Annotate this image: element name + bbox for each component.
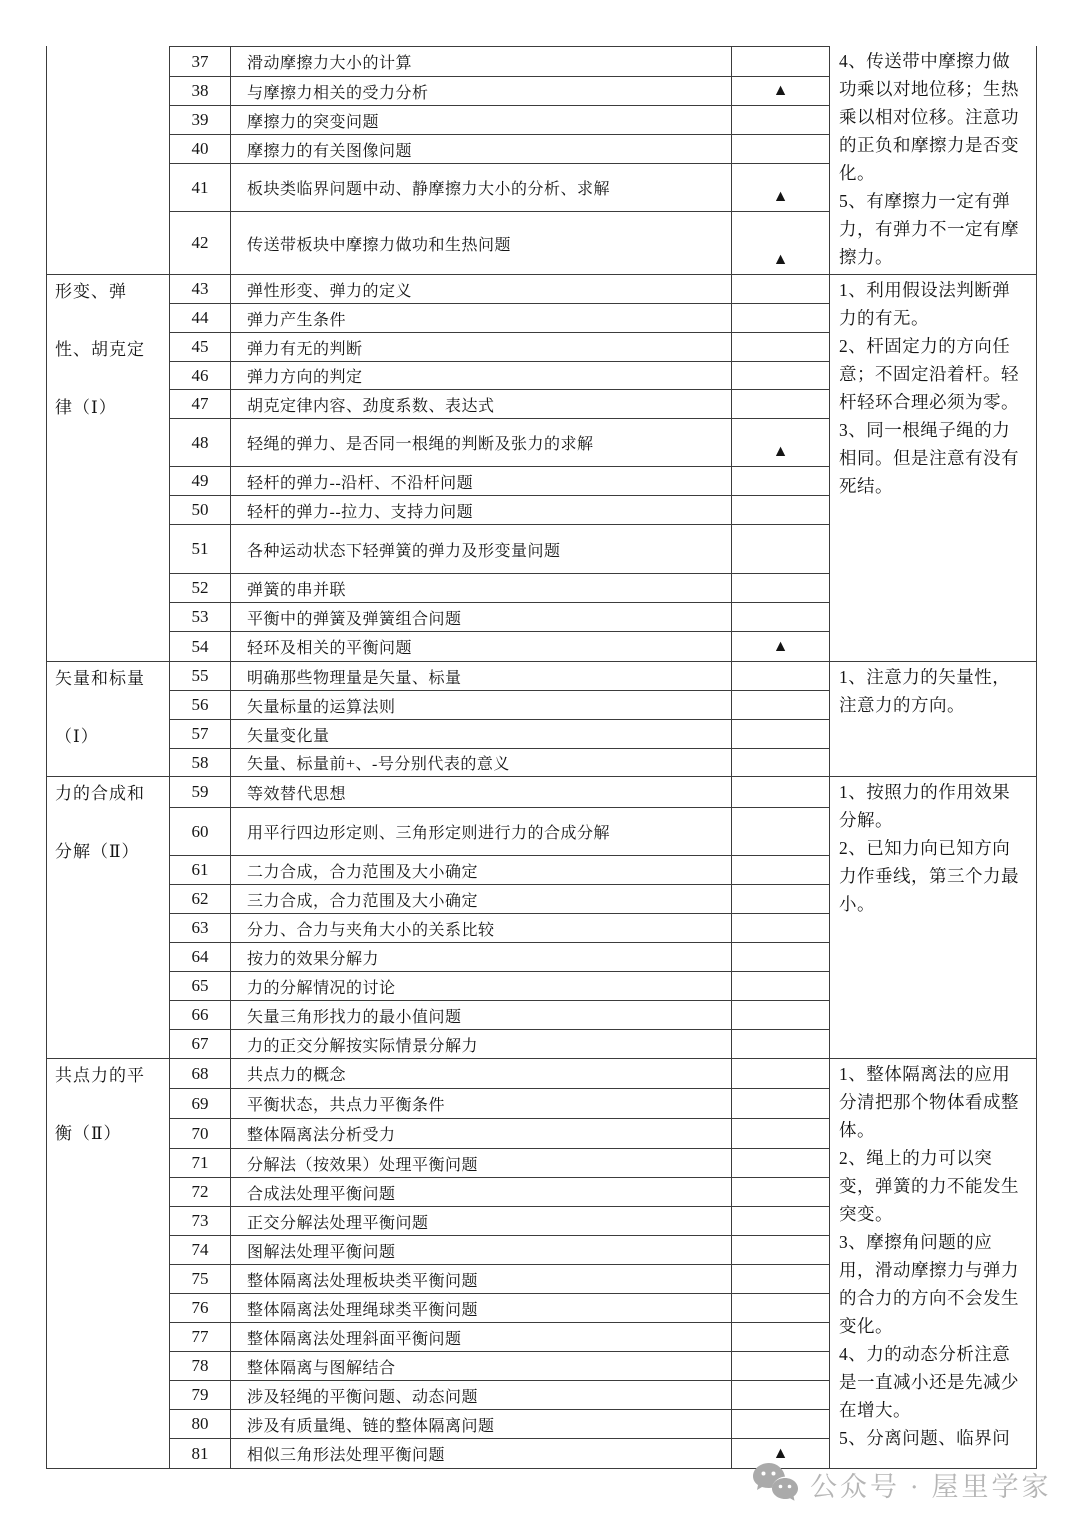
category-label: 力的合成和分解（Ⅱ） xyxy=(55,776,161,881)
topic-cell: 整体隔离与图解结合 xyxy=(231,1351,732,1380)
row-number: 63 xyxy=(170,913,231,942)
row-number: 48 xyxy=(170,418,231,466)
topic-cell: 弹簧的串并联 xyxy=(231,573,732,602)
row-number: 39 xyxy=(170,105,231,134)
row-number: 44 xyxy=(170,303,231,332)
category-label-line: （Ⅰ） xyxy=(55,708,161,766)
category-cell: 共点力的平衡（Ⅱ） xyxy=(47,1058,170,1468)
notes-cell: 1、注意力的矢量性，注意力的方向。 xyxy=(830,661,1037,776)
row-number: 54 xyxy=(170,631,231,661)
triangle-marker: ▲ xyxy=(773,443,789,461)
topic-cell: 胡克定律内容、劲度系数、表达式 xyxy=(231,389,732,418)
topic-cell: 矢量标量的运算法则 xyxy=(231,690,732,719)
topic-cell: 滑动摩擦力大小的计算 xyxy=(231,46,732,76)
row-number: 49 xyxy=(170,466,231,495)
row-number: 69 xyxy=(170,1088,231,1118)
row-number: 50 xyxy=(170,495,231,524)
note-item: 1、利用假设法判断弹力的有无。 xyxy=(839,276,1027,332)
row-number: 67 xyxy=(170,1029,231,1058)
mark-cell xyxy=(732,690,830,719)
row-number: 79 xyxy=(170,1380,231,1409)
note-item: 2、绳上的力可以突变，弹簧的力不能发生突变。 xyxy=(839,1144,1027,1228)
topic-cell: 轻杆的弹力--沿杆、不沿杆问题 xyxy=(231,466,732,495)
row-number: 77 xyxy=(170,1322,231,1351)
row-number: 38 xyxy=(170,76,231,105)
mark-cell xyxy=(732,776,830,807)
note-item: 4、传送带中摩擦力做功乘以对地位移；生热乘以相对位移。注意功的正负和摩擦力是否变… xyxy=(839,47,1027,187)
mark-cell xyxy=(732,1322,830,1351)
mark-cell xyxy=(732,1293,830,1322)
topic-cell: 轻绳的弹力、是否同一根绳的判断及张力的求解 xyxy=(231,418,732,466)
topic-cell: 整体隔离法处理斜面平衡问题 xyxy=(231,1322,732,1351)
mark-cell xyxy=(732,884,830,913)
note-item: 2、杆固定力的方向任意；不固定沿着杆。轻杆轻环合理必须为零。 xyxy=(839,332,1027,416)
row-number: 80 xyxy=(170,1409,231,1438)
topic-cell: 分解法（按效果）处理平衡问题 xyxy=(231,1148,732,1177)
note-item: 3、同一根绳子绳的力相同。但是注意有没有死结。 xyxy=(839,416,1027,500)
mark-cell xyxy=(732,332,830,361)
row-number: 66 xyxy=(170,1000,231,1029)
mark-cell xyxy=(732,1380,830,1409)
topic-cell: 明确那些物理量是矢量、标量 xyxy=(231,661,732,690)
row-number: 43 xyxy=(170,274,231,303)
mark-cell xyxy=(732,134,830,163)
row-number: 56 xyxy=(170,690,231,719)
watermark: 公众号 · 屋里学家 xyxy=(752,1462,1052,1506)
row-number: 78 xyxy=(170,1351,231,1380)
mark-cell: ▲ xyxy=(732,631,830,661)
topic-cell: 整体隔离法分析受力 xyxy=(231,1118,732,1148)
mark-cell xyxy=(732,807,830,855)
row-number: 61 xyxy=(170,855,231,884)
mark-cell xyxy=(732,1206,830,1235)
watermark-text: 公众号 · 屋里学家 xyxy=(810,1465,1052,1504)
mark-cell xyxy=(732,661,830,690)
mark-cell xyxy=(732,913,830,942)
row-number: 57 xyxy=(170,719,231,748)
mark-cell xyxy=(732,1000,830,1029)
category-cell: 力的合成和分解（Ⅱ） xyxy=(47,776,170,1058)
category-cell: 形变、弹性、胡克定律（Ⅰ） xyxy=(47,274,170,661)
topic-cell: 轻环及相关的平衡问题 xyxy=(231,631,732,661)
topic-cell: 正交分解法处理平衡问题 xyxy=(231,1206,732,1235)
note-item: 1、注意力的矢量性，注意力的方向。 xyxy=(839,663,1027,719)
physics-topics-table: 37滑动摩擦力大小的计算38与摩擦力相关的受力分析▲39摩擦力的突变问题40摩擦… xyxy=(46,46,1037,1469)
mark-cell: ▲ xyxy=(732,76,830,105)
mark-cell xyxy=(732,361,830,389)
note-item: 5、分离问题、临界问 xyxy=(839,1424,1027,1452)
row-number: 73 xyxy=(170,1206,231,1235)
category-label-line: 性、胡克定 xyxy=(55,321,161,379)
row-number: 71 xyxy=(170,1148,231,1177)
wechat-bubbles-icon xyxy=(752,1462,800,1506)
notes-cell: 1、利用假设法判断弹力的有无。2、杆固定力的方向任意；不固定沿着杆。轻杆轻环合理… xyxy=(830,274,1037,661)
category-label-line: 衡（Ⅱ） xyxy=(55,1105,161,1163)
topic-cell: 用平行四边形定则、三角形定则进行力的合成分解 xyxy=(231,807,732,855)
mark-cell xyxy=(732,1409,830,1438)
mark-cell xyxy=(732,942,830,971)
category-cell: 矢量和标量（Ⅰ） xyxy=(47,661,170,776)
row-number: 37 xyxy=(170,46,231,76)
mark-cell xyxy=(732,274,830,303)
category-cell xyxy=(47,46,170,274)
row-number: 72 xyxy=(170,1177,231,1206)
notes-cell: 1、整体隔离法的应用分清把那个物体看成整体。2、绳上的力可以突变，弹簧的力不能发… xyxy=(830,1058,1037,1468)
row-number: 74 xyxy=(170,1235,231,1264)
row-number: 62 xyxy=(170,884,231,913)
row-number: 45 xyxy=(170,332,231,361)
note-item: 1、整体隔离法的应用分清把那个物体看成整体。 xyxy=(839,1060,1027,1144)
topic-cell: 按力的效果分解力 xyxy=(231,942,732,971)
note-item: 4、力的动态分析注意是一直减小还是先减少在增大。 xyxy=(839,1340,1027,1424)
topic-cell: 弹性形变、弹力的定义 xyxy=(231,274,732,303)
category-label: 矢量和标量（Ⅰ） xyxy=(55,661,161,766)
mark-cell xyxy=(732,1351,830,1380)
topic-cell: 三力合成，合力范围及大小确定 xyxy=(231,884,732,913)
mark-cell xyxy=(732,1148,830,1177)
topic-cell: 涉及轻绳的平衡问题、动态问题 xyxy=(231,1380,732,1409)
mark-cell xyxy=(732,1264,830,1293)
topic-cell: 传送带板块中摩擦力做功和生热问题 xyxy=(231,211,732,274)
row-number: 58 xyxy=(170,748,231,776)
notes-cell: 4、传送带中摩擦力做功乘以对地位移；生热乘以相对位移。注意功的正负和摩擦力是否变… xyxy=(830,46,1037,274)
topic-cell: 摩擦力的突变问题 xyxy=(231,105,732,134)
mark-cell: ▲ xyxy=(732,418,830,466)
mark-cell xyxy=(732,971,830,1000)
note-item: 2、已知力向已知方向力作垂线，第三个力最小。 xyxy=(839,834,1027,918)
row-number: 76 xyxy=(170,1293,231,1322)
topic-cell: 力的分解情况的讨论 xyxy=(231,971,732,1000)
topic-cell: 矢量变化量 xyxy=(231,719,732,748)
topic-cell: 摩擦力的有关图像问题 xyxy=(231,134,732,163)
topic-cell: 轻杆的弹力--拉力、支持力问题 xyxy=(231,495,732,524)
mark-cell xyxy=(732,105,830,134)
topic-cell: 弹力产生条件 xyxy=(231,303,732,332)
topic-cell: 涉及有质量绳、链的整体隔离问题 xyxy=(231,1409,732,1438)
category-label-line: 律（Ⅰ） xyxy=(55,379,161,437)
mark-cell xyxy=(732,46,830,76)
topic-cell: 共点力的概念 xyxy=(231,1058,732,1088)
topic-cell: 与摩擦力相关的受力分析 xyxy=(231,76,732,105)
row-number: 81 xyxy=(170,1438,231,1468)
category-label-line: 共点力的平 xyxy=(55,1058,161,1105)
triangle-marker: ▲ xyxy=(773,188,789,206)
mark-cell xyxy=(732,495,830,524)
row-number: 55 xyxy=(170,661,231,690)
row-number: 41 xyxy=(170,163,231,211)
row-number: 70 xyxy=(170,1118,231,1148)
topic-cell: 矢量、标量前+、-号分别代表的意义 xyxy=(231,748,732,776)
row-number: 75 xyxy=(170,1264,231,1293)
mark-cell xyxy=(732,573,830,602)
triangle-marker: ▲ xyxy=(773,82,789,100)
topic-cell: 合成法处理平衡问题 xyxy=(231,1177,732,1206)
topic-cell: 分力、合力与夹角大小的关系比较 xyxy=(231,913,732,942)
note-item: 5、有摩擦力一定有弹力，有弹力不一定有摩擦力。 xyxy=(839,187,1027,271)
topic-cell: 二力合成，合力范围及大小确定 xyxy=(231,855,732,884)
row-number: 46 xyxy=(170,361,231,389)
mark-cell: ▲ xyxy=(732,211,830,274)
category-label-line: 形变、弹 xyxy=(55,274,161,321)
mark-cell: ▲ xyxy=(732,163,830,211)
triangle-marker: ▲ xyxy=(773,638,789,656)
row-number: 51 xyxy=(170,524,231,573)
topic-cell: 相似三角形法处理平衡问题 xyxy=(231,1438,732,1468)
mark-cell xyxy=(732,389,830,418)
category-label-line: 分解（Ⅱ） xyxy=(55,823,161,881)
triangle-marker: ▲ xyxy=(773,1445,789,1463)
topic-cell: 力的正交分解按实际情景分解力 xyxy=(231,1029,732,1058)
mark-cell xyxy=(732,303,830,332)
topic-cell: 整体隔离法处理绳球类平衡问题 xyxy=(231,1293,732,1322)
mark-cell xyxy=(732,1029,830,1058)
topic-cell: 平衡状态，共点力平衡条件 xyxy=(231,1088,732,1118)
note-item: 3、摩擦角问题的应用，滑动摩擦力与弹力的合力的方向不会发生变化。 xyxy=(839,1228,1027,1340)
mark-cell xyxy=(732,1088,830,1118)
row-number: 53 xyxy=(170,602,231,631)
topic-cell: 板块类临界问题中动、静摩擦力大小的分析、求解 xyxy=(231,163,732,211)
mark-cell xyxy=(732,1058,830,1088)
mark-cell xyxy=(732,1177,830,1206)
topic-cell: 整体隔离法处理板块类平衡问题 xyxy=(231,1264,732,1293)
mark-cell xyxy=(732,524,830,573)
mark-cell xyxy=(732,748,830,776)
notes-cell: 1、按照力的作用效果分解。2、已知力向已知方向力作垂线，第三个力最小。 xyxy=(830,776,1037,1058)
topic-cell: 平衡中的弹簧及弹簧组合问题 xyxy=(231,602,732,631)
row-number: 59 xyxy=(170,776,231,807)
note-item: 1、按照力的作用效果分解。 xyxy=(839,778,1027,834)
category-label-line: 力的合成和 xyxy=(55,776,161,823)
row-number: 68 xyxy=(170,1058,231,1088)
row-number: 52 xyxy=(170,573,231,602)
topic-cell: 各种运动状态下轻弹簧的弹力及形变量问题 xyxy=(231,524,732,573)
row-number: 42 xyxy=(170,211,231,274)
category-label: 共点力的平衡（Ⅱ） xyxy=(55,1058,161,1163)
row-number: 40 xyxy=(170,134,231,163)
topic-cell: 图解法处理平衡问题 xyxy=(231,1235,732,1264)
mark-cell xyxy=(732,719,830,748)
mark-cell xyxy=(732,1118,830,1148)
mark-cell xyxy=(732,466,830,495)
topic-cell: 弹力方向的判定 xyxy=(231,361,732,389)
topic-cell: 矢量三角形找力的最小值问题 xyxy=(231,1000,732,1029)
topic-cell: 等效替代思想 xyxy=(231,776,732,807)
mark-cell xyxy=(732,1235,830,1264)
row-number: 65 xyxy=(170,971,231,1000)
row-number: 60 xyxy=(170,807,231,855)
mark-cell xyxy=(732,855,830,884)
topic-cell: 弹力有无的判断 xyxy=(231,332,732,361)
triangle-marker: ▲ xyxy=(773,251,789,269)
row-number: 47 xyxy=(170,389,231,418)
mark-cell xyxy=(732,602,830,631)
category-label: 形变、弹性、胡克定律（Ⅰ） xyxy=(55,274,161,437)
page: 37滑动摩擦力大小的计算38与摩擦力相关的受力分析▲39摩擦力的突变问题40摩擦… xyxy=(0,0,1080,1526)
category-label-line: 矢量和标量 xyxy=(55,661,161,708)
row-number: 64 xyxy=(170,942,231,971)
